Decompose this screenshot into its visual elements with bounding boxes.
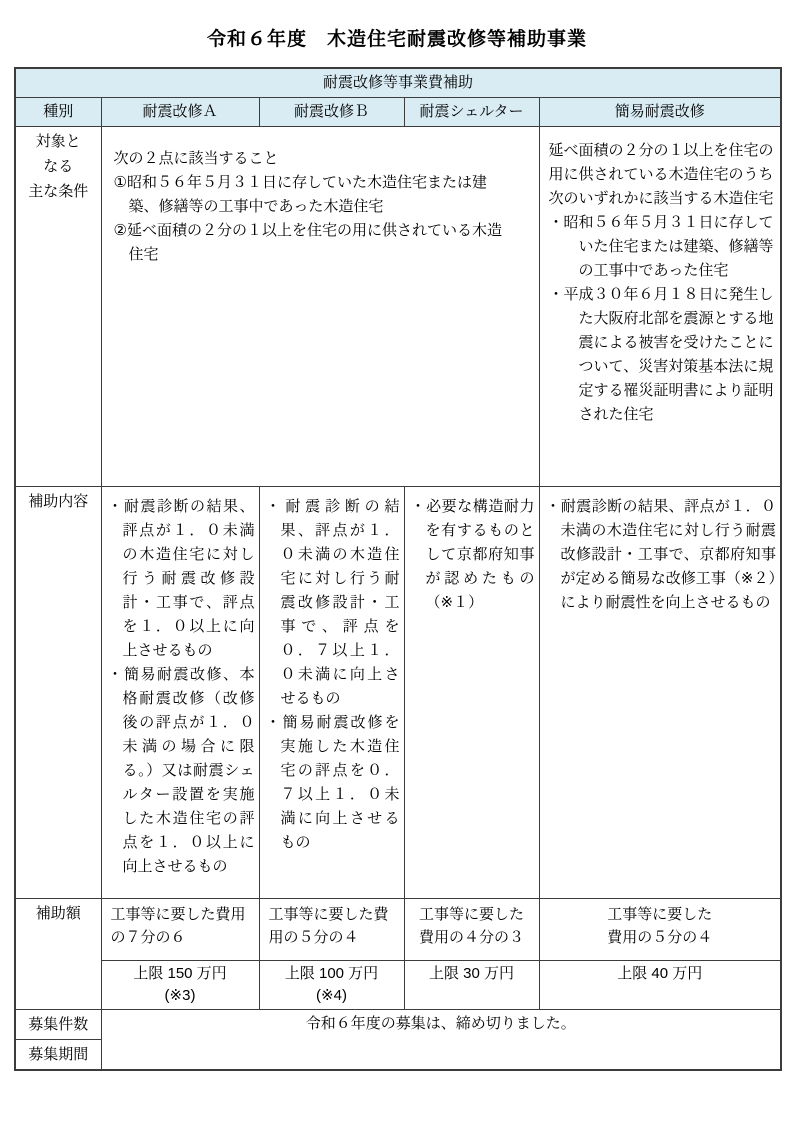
- content-cell-retrofit-a: ・耐震診断の結果、評点が１．０未満の木造住宅に対し行う耐震改修設計・工事で、評点…: [101, 487, 259, 899]
- col-header-retrofit-a: 耐震改修Ａ: [101, 98, 259, 127]
- conditions-abc-items: ①昭和５６年５月３１日に存していた木造住宅または建築、修繕等の工事中であった木造…: [114, 171, 516, 267]
- col-header-type: 種別: [15, 98, 101, 127]
- col-header-retrofit-b: 耐震改修Ｂ: [259, 98, 404, 127]
- conditions-cell-abc: 次の２点に該当すること ①昭和５６年５月３１日に存していた木造住宅または建築、修…: [101, 127, 539, 487]
- page-title: 令和６年度 木造住宅耐震改修等補助事業: [0, 24, 794, 51]
- amount-limit-simple: 上限 40 万円: [539, 961, 781, 1010]
- content-cell-simple: ・耐震診断の結果、評点が１．０未満の木造住宅に対し行う耐震改修設計・工事で、京都…: [539, 487, 781, 899]
- amount-row-label: 補助額: [15, 899, 101, 1010]
- amount-ratio-simple: 工事等に要した 費用の５分の４: [539, 899, 781, 961]
- amount-ratio-retrofit-a: 工事等に要した費用の７分の６: [101, 899, 259, 961]
- content-cell-shelter: ・必要な構造耐力を有するものとして京都府知事が認めたもの（※１）: [404, 487, 539, 899]
- col-header-simple-retrofit: 簡易耐震改修: [539, 98, 781, 127]
- conditions-abc-intro: 次の２点に該当すること: [114, 147, 516, 171]
- recruit-period-label: 募集期間: [15, 1040, 101, 1071]
- content-cell-retrofit-b: ・耐震診断の結果、評点が１．０未満の木造住宅に対し行う耐震改修設計・工事で、評点…: [259, 487, 404, 899]
- amount-limit-retrofit-a: 上限 150 万円 (※3): [101, 961, 259, 1010]
- table-caption: 耐震改修等事業費補助: [15, 68, 781, 98]
- amount-ratio-retrofit-b: 工事等に要した費用の５分の４: [259, 899, 404, 961]
- amount-limit-retrofit-b: 上限 100 万円 (※4): [259, 961, 404, 1010]
- recruit-count-label: 募集件数: [15, 1010, 101, 1040]
- recruitment-note-cell: 令和６年度の募集は、締め切りました。: [101, 1010, 781, 1071]
- conditions-row-label: 対象と なる 主な条件: [15, 127, 101, 487]
- amount-ratio-shelter: 工事等に要した 費用の４分の３: [404, 899, 539, 961]
- conditions-cell-simple: 延べ面積の２分の１以上を住宅の用に供されている木造住宅のうち次のいずれかに該当す…: [539, 127, 781, 487]
- amount-limit-shelter: 上限 30 万円: [404, 961, 539, 1010]
- content-row-label: 補助内容: [15, 487, 101, 899]
- conditions-simple-items: ・昭和５６年５月３１日に存していた住宅または建築、修繕等の工事中であった住宅・平…: [549, 211, 775, 427]
- conditions-simple-intro: 延べ面積の２分の１以上を住宅の用に供されている木造住宅のうち次のいずれかに該当す…: [549, 139, 775, 211]
- subsidy-table: 耐震改修等事業費補助 種別 耐震改修Ａ 耐震改修Ｂ 耐震シェルター 簡易耐震改修…: [14, 67, 782, 1071]
- col-header-shelter: 耐震シェルター: [404, 98, 539, 127]
